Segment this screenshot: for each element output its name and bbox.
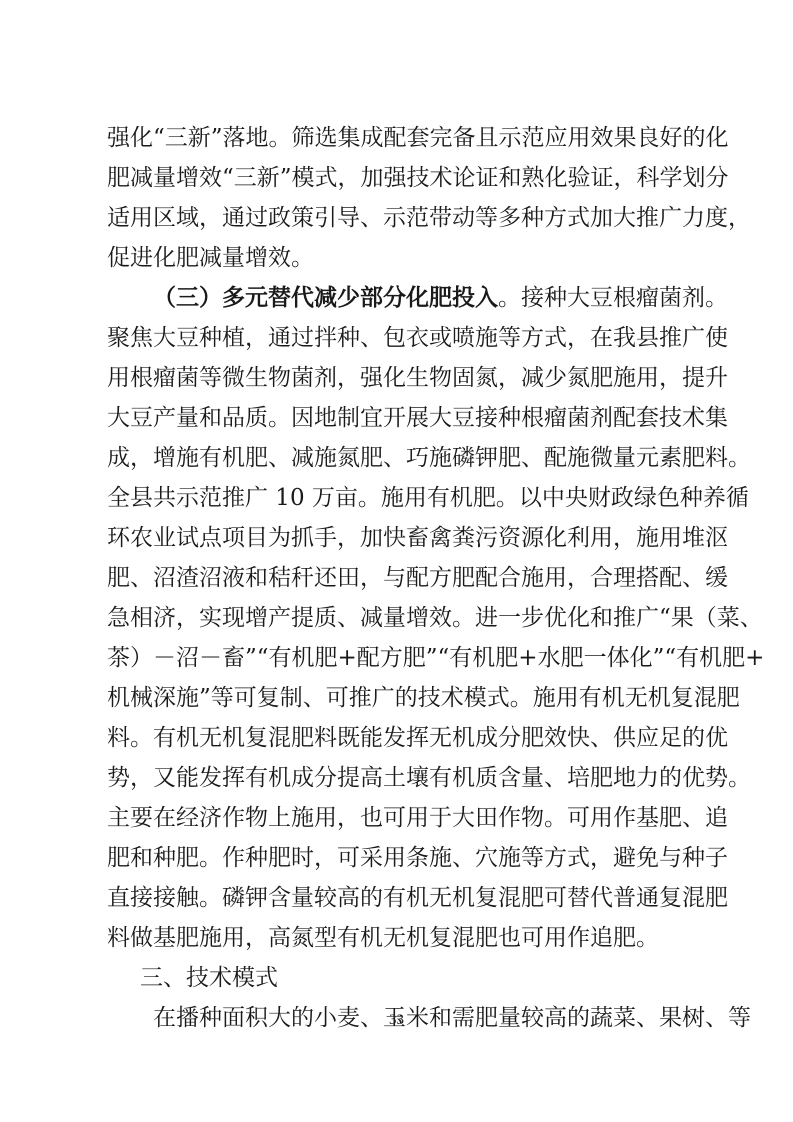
section-heading: 三、技术模式 [107, 958, 689, 998]
text-line: 适用区域，通过政策引导、示范带动等多种方式加大推广力度， [107, 198, 689, 238]
text-line: 促进化肥减量增效。 [107, 238, 689, 278]
document-page: 强化“三新”落地。筛选集成配套完备且示范应用效果良好的化 肥减量增效“三新”模式… [0, 0, 793, 1122]
text-line: 势，又能发挥有机成分提高土壤有机质含量、培肥地力的优势。 [107, 758, 689, 798]
text-line: 全县共示范推广 10 万亩。施用有机肥。以中央财政绿色种养循 [107, 478, 689, 518]
section-title: （三）多元替代减少部分化肥投入 [153, 285, 498, 311]
text-line: 大豆产量和品质。因地制宜开展大豆接种根瘤菌剂配套技术集 [107, 398, 689, 438]
text-line: 肥、沼渣沼液和秸秆还田，与配方肥配合施用，合理搭配、缓 [107, 558, 689, 598]
text-line: 茶）－沼－畜”“有机肥+配方肥”“有机肥+水肥一体化”“有机肥+ [107, 638, 689, 678]
text-line: 主要在经济作物上施用，也可用于大田作物。可用作基肥、追 [107, 798, 689, 838]
page-number: 33 [0, 1012, 793, 1029]
text-line: 急相济，实现增产提质、减量增效。进一步优化和推广“果（菜、 [107, 598, 689, 638]
body-text: 强化“三新”落地。筛选集成配套完备且示范应用效果良好的化 肥减量增效“三新”模式… [107, 118, 689, 1038]
text-line: 强化“三新”落地。筛选集成配套完备且示范应用效果良好的化 [107, 118, 689, 158]
text-line: 料。有机无机复混肥料既能发挥无机成分肥效快、供应足的优 [107, 718, 689, 758]
text-line: 用根瘤菌等微生物菌剂，强化生物固氮，减少氮肥施用，提升 [107, 358, 689, 398]
text-line: 肥减量增效“三新”模式，加强技术论证和熟化验证，科学划分 [107, 158, 689, 198]
text-line: 机械深施”等可复制、可推广的技术模式。施用有机无机复混肥 [107, 678, 689, 718]
text-line: 料做基肥施用，高氮型有机无机复混肥也可用作追肥。 [107, 918, 689, 958]
text-line: 直接接触。磷钾含量较高的有机无机复混肥可替代普通复混肥 [107, 878, 689, 918]
text-line: 聚焦大豆种植，通过拌种、包衣或喷施等方式，在我县推广使 [107, 318, 689, 358]
text-line: 环农业试点项目为抓手，加快畜禽粪污资源化利用，施用堆沤 [107, 518, 689, 558]
text-line: 肥和种肥。作种肥时，可采用条施、穴施等方式，避免与种子 [107, 838, 689, 878]
section-title-tail: 。接种大豆根瘤菌剂。 [498, 285, 728, 311]
text-line: 成，增施有机肥、减施氮肥、巧施磷钾肥、配施微量元素肥料。 [107, 438, 689, 478]
section-title-line: （三）多元替代减少部分化肥投入。接种大豆根瘤菌剂。 [107, 278, 689, 318]
